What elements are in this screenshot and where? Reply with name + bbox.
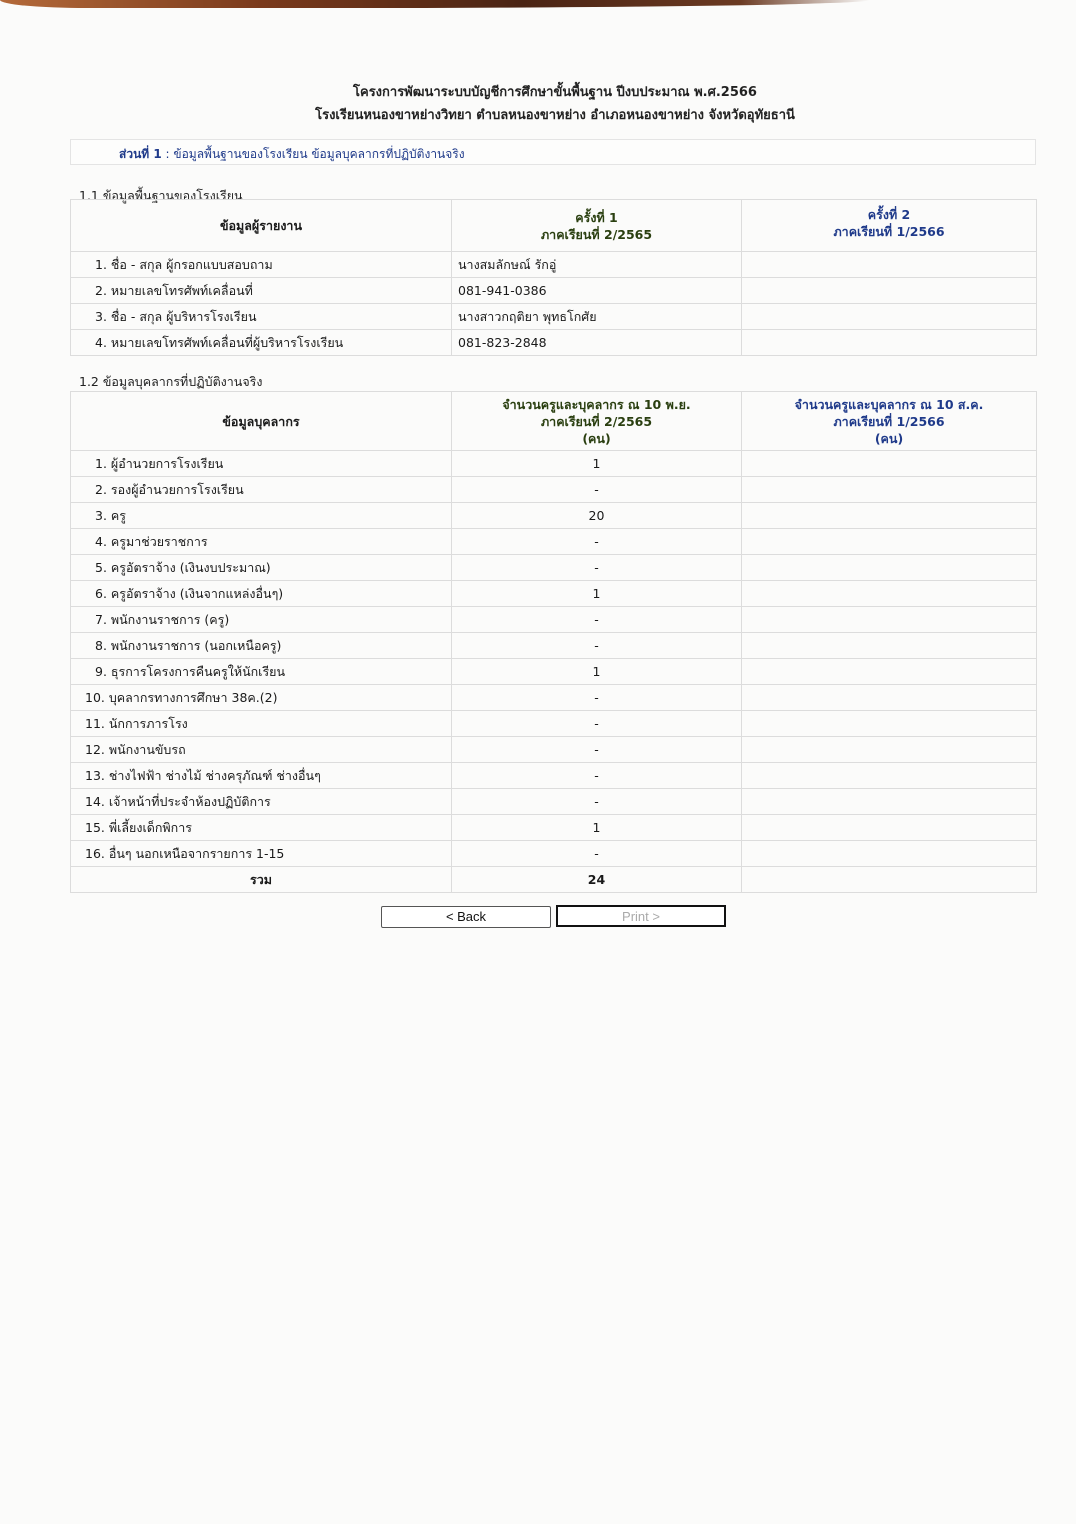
round2-value	[742, 763, 1037, 789]
row-label: 5. ครูอัตราจ้าง (เงินงบประมาณ)	[71, 555, 452, 581]
row-label: 13. ช่างไฟฟ้า ช่างไม้ ช่างครุภัณฑ์ ช่างอ…	[71, 763, 452, 789]
round1-value: -	[452, 685, 742, 711]
round2-value	[742, 815, 1037, 841]
round1-value: นางสมลักษณ์ รักอู่	[452, 252, 742, 278]
table-row: 6. ครูอัตราจ้าง (เงินจากแหล่งอื่นๆ)1	[71, 581, 1037, 607]
table-row: 2. รองผู้อำนวยการโรงเรียน-	[71, 477, 1037, 503]
round1-value: 081-941-0386	[452, 278, 742, 304]
table-row: 3. ครู20	[71, 503, 1037, 529]
round1-value: -	[452, 633, 742, 659]
round2-value	[742, 633, 1037, 659]
row-label: 10. บุคลากรทางการศึกษา 38ค.(2)	[71, 685, 452, 711]
project-title: โครงการพัฒนาระบบบัญชีการศึกษาขั้นพื้นฐาน…	[0, 81, 1076, 102]
round1-value: -	[452, 789, 742, 815]
table-row: 1. ชื่อ - สกุล ผู้กรอกแบบสอบถาม นางสมลัก…	[71, 252, 1037, 278]
photo-edge-shadow	[0, 0, 870, 8]
table-row: 16. อื่นๆ นอกเหนือจากรายการ 1-15-	[71, 841, 1037, 867]
round2-value	[742, 841, 1037, 867]
row-label: 3. ครู	[71, 503, 452, 529]
total-row: รวม 24	[71, 867, 1037, 893]
back-button[interactable]: < Back	[381, 906, 551, 928]
column-header-round1: จำนวนครูและบุคลากร ณ 10 พ.ย. ภาคเรียนที่…	[452, 392, 742, 451]
row-label: 3. ชื่อ - สกุล ผู้บริหารโรงเรียน	[71, 304, 452, 330]
round1-value: -	[452, 737, 742, 763]
round2-value	[742, 451, 1037, 477]
round2-value	[742, 529, 1037, 555]
round1-value: -	[452, 555, 742, 581]
table-row: 4. หมายเลขโทรศัพท์เคลื่อนที่ผู้บริหารโรง…	[71, 330, 1037, 356]
row-label: 14. เจ้าหน้าที่ประจำห้องปฏิบัติการ	[71, 789, 452, 815]
total-label: รวม	[71, 867, 452, 893]
row-label: 4. หมายเลขโทรศัพท์เคลื่อนที่ผู้บริหารโรง…	[71, 330, 452, 356]
round1-value: -	[452, 607, 742, 633]
row-label: 9. ธุรการโครงการคืนครูให้นักเรียน	[71, 659, 452, 685]
table-row: 12. พนักงานขับรถ-	[71, 737, 1037, 763]
total-round2	[742, 867, 1037, 893]
round1-value: นางสาวกฤติยา พุทธโกศัย	[452, 304, 742, 330]
row-label: 12. พนักงานขับรถ	[71, 737, 452, 763]
row-label: 2. รองผู้อำนวยการโรงเรียน	[71, 477, 452, 503]
school-title: โรงเรียนหนองขาหย่างวิทยา ตำบลหนองขาหย่าง…	[0, 104, 1076, 125]
round1-value: -	[452, 529, 742, 555]
table-row: 7. พนักงานราชการ (ครู)-	[71, 607, 1037, 633]
round2-value	[742, 581, 1037, 607]
column-header-item: ข้อมูลผู้รายงาน	[71, 200, 452, 252]
round2-value	[742, 607, 1037, 633]
row-label: 16. อื่นๆ นอกเหนือจากรายการ 1-15	[71, 841, 452, 867]
table-row: 10. บุคลากรทางการศึกษา 38ค.(2)-	[71, 685, 1037, 711]
row-label: 6. ครูอัตราจ้าง (เงินจากแหล่งอื่นๆ)	[71, 581, 452, 607]
section-separator: :	[162, 147, 174, 161]
table-row: 14. เจ้าหน้าที่ประจำห้องปฏิบัติการ-	[71, 789, 1037, 815]
table-header-row: ข้อมูลบุคลากร จำนวนครูและบุคลากร ณ 10 พ.…	[71, 392, 1037, 451]
round2-value	[742, 477, 1037, 503]
round1-value: -	[452, 711, 742, 737]
row-label: 7. พนักงานราชการ (ครู)	[71, 607, 452, 633]
round1-value: 1	[452, 451, 742, 477]
print-button[interactable]: Print >	[556, 905, 726, 927]
personnel-heading: 1.2 ข้อมูลบุคลากรที่ปฏิบัติงานจริง	[79, 372, 263, 392]
row-label: 4. ครูมาช่วยราชการ	[71, 529, 452, 555]
table-row: 8. พนักงานราชการ (นอกเหนือครู)-	[71, 633, 1037, 659]
round1-value: -	[452, 477, 742, 503]
table-row: 11. นักการภารโรง-	[71, 711, 1037, 737]
table-row: 5. ครูอัตราจ้าง (เงินงบประมาณ)-	[71, 555, 1037, 581]
table-row: 13. ช่างไฟฟ้า ช่างไม้ ช่างครุภัณฑ์ ช่างอ…	[71, 763, 1037, 789]
round1-value: 20	[452, 503, 742, 529]
round2-value	[742, 737, 1037, 763]
table-row: 1. ผู้อำนวยการโรงเรียน1	[71, 451, 1037, 477]
school-info-table: ข้อมูลผู้รายงาน ครั้งที่ 1 ภาคเรียนที่ 2…	[70, 199, 1037, 356]
round1-value: 1	[452, 659, 742, 685]
section-bar: ส่วนที่ 1 : ข้อมูลพื้นฐานของโรงเรียน ข้อ…	[70, 139, 1036, 165]
round2-value	[742, 330, 1037, 356]
round2-value	[742, 278, 1037, 304]
row-label: 8. พนักงานราชการ (นอกเหนือครู)	[71, 633, 452, 659]
round1-value: 1	[452, 815, 742, 841]
round2-value	[742, 711, 1037, 737]
round2-value	[742, 789, 1037, 815]
round1-value: 081-823-2848	[452, 330, 742, 356]
total-round1: 24	[452, 867, 742, 893]
round1-value: 1	[452, 581, 742, 607]
round1-value: -	[452, 841, 742, 867]
round2-value	[742, 555, 1037, 581]
section-title: ข้อมูลพื้นฐานของโรงเรียน ข้อมูลบุคลากรที…	[173, 147, 464, 161]
column-header-round1: ครั้งที่ 1 ภาคเรียนที่ 2/2565	[452, 200, 742, 252]
round2-value	[742, 659, 1037, 685]
round2-value	[742, 304, 1037, 330]
table-row: 3. ชื่อ - สกุล ผู้บริหารโรงเรียน นางสาวก…	[71, 304, 1037, 330]
column-header-item: ข้อมูลบุคลากร	[71, 392, 452, 451]
table-row: 9. ธุรการโครงการคืนครูให้นักเรียน1	[71, 659, 1037, 685]
personnel-table: ข้อมูลบุคลากร จำนวนครูและบุคลากร ณ 10 พ.…	[70, 391, 1037, 893]
round2-value	[742, 685, 1037, 711]
row-label: 1. ผู้อำนวยการโรงเรียน	[71, 451, 452, 477]
row-label: 11. นักการภารโรง	[71, 711, 452, 737]
row-label: 2. หมายเลขโทรศัพท์เคลื่อนที่	[71, 278, 452, 304]
round2-value	[742, 252, 1037, 278]
row-label: 1. ชื่อ - สกุล ผู้กรอกแบบสอบถาม	[71, 252, 452, 278]
column-header-round2: จำนวนครูและบุคลากร ณ 10 ส.ค. ภาคเรียนที่…	[742, 392, 1037, 451]
column-header-round2: ครั้งที่ 2 ภาคเรียนที่ 1/2566	[742, 200, 1037, 252]
round2-value	[742, 503, 1037, 529]
table-row: 15. พี่เลี้ยงเด็กพิการ1	[71, 815, 1037, 841]
round1-value: -	[452, 763, 742, 789]
table-row: 2. หมายเลขโทรศัพท์เคลื่อนที่ 081-941-038…	[71, 278, 1037, 304]
section-part-label: ส่วนที่ 1	[119, 147, 162, 161]
table-header-row: ข้อมูลผู้รายงาน ครั้งที่ 1 ภาคเรียนที่ 2…	[71, 200, 1037, 252]
row-label: 15. พี่เลี้ยงเด็กพิการ	[71, 815, 452, 841]
table-row: 4. ครูมาช่วยราชการ-	[71, 529, 1037, 555]
